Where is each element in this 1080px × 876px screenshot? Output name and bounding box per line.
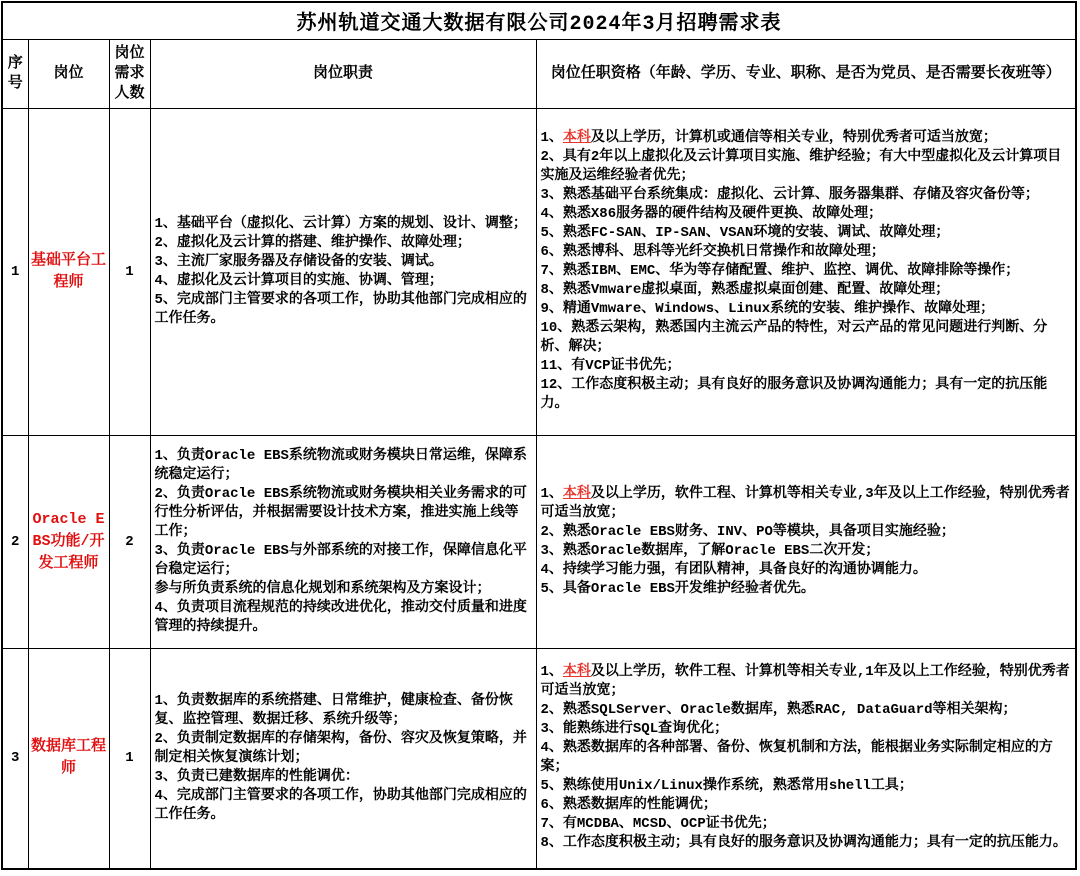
duty-item: 1、基础平台（虚拟化、云计算）方案的规划、设计、调整； xyxy=(155,215,532,234)
qualification-item: 11、有VCP证书优先； xyxy=(541,357,1072,376)
headcount-cell: 2 xyxy=(109,435,150,648)
duty-item: 5、完成部门主管要求的各项工作，协助其他部门完成相应的工作任务。 xyxy=(155,291,532,329)
duties-cell: 1、负责Oracle EBS系统物流或财务模块日常运维，保障系统稳定运行； 2、… xyxy=(150,435,536,648)
qualification-item: 5、熟练使用Unix/Linux操作系统，熟悉常用shell工具； xyxy=(541,777,1072,796)
duty-item: 4、完成部门主管要求的各项工作，协助其他部门完成相应的工作任务。 xyxy=(155,787,532,825)
table-row: 1 基础平台工程师 1 1、基础平台（虚拟化、云计算）方案的规划、设计、调整； … xyxy=(2,108,1076,435)
duty-item: 3、负责Oracle EBS与外部系统的对接工作，保障信息化平台稳定运行； xyxy=(155,542,532,580)
qualification-item: 8、熟悉Vmware虚拟桌面，熟悉虚拟桌面创建、配置、故障处理； xyxy=(541,281,1072,300)
qualification-item: 4、持续学习能力强，有团队精神，具备良好的沟通协调能力。 xyxy=(541,561,1072,580)
qualification-item: 9、精通Vmware、Windows、Linux系统的安装、维护操作、故障处理； xyxy=(541,300,1072,319)
qualification-item: 5、熟悉FC-SAN、IP-SAN、VSAN环境的安装、调试、故障处理； xyxy=(541,224,1072,243)
qualification-item: 6、熟悉博科、思科等光纤交换机日常操作和故障处理； xyxy=(541,243,1072,262)
qualification-item: 3、熟悉基础平台系统集成：虚拟化、云计算、服务器集群、存储及容灾备份等； xyxy=(541,186,1072,205)
duties-cell: 1、负责数据库的系统搭建、日常维护，健康检查、备份恢复、监控管理、数据迁移、系统… xyxy=(150,648,536,869)
col-header-position: 岗位 xyxy=(28,39,109,108)
qualification-item: 4、熟悉X86服务器的硬件结构及硬件更换、故障处理； xyxy=(541,205,1072,224)
row-number-cell: 1 xyxy=(2,108,28,435)
headcount-cell: 1 xyxy=(109,648,150,869)
qualification-item: 8、工作态度积极主动；具有良好的服务意识及协调沟通能力；具有一定的抗压能力。 xyxy=(541,834,1072,853)
duty-item: 1、负责Oracle EBS系统物流或财务模块日常运维，保障系统稳定运行； xyxy=(155,447,532,485)
col-header-no: 序号 xyxy=(2,39,28,108)
qualification-item: 2、熟悉Oracle EBS财务、INV、PO等模块，具备项目实施经验； xyxy=(541,523,1072,542)
duty-item: 3、负责已建数据库的性能调优： xyxy=(155,768,532,787)
duties-cell: 1、基础平台（虚拟化、云计算）方案的规划、设计、调整； 2、虚拟化及云计算的搭建… xyxy=(150,108,536,435)
qualifications-cell: 1、本科及以上学历，软件工程、计算机等相关专业,1年及以上工作经验，特别优秀者可… xyxy=(536,648,1076,869)
duty-item: 2、负责Oracle EBS系统物流或财务模块相关业务需求的可行性分析评估，并根… xyxy=(155,485,532,542)
position-cell: 基础平台工程师 xyxy=(28,108,109,435)
duty-item: 1、负责数据库的系统搭建、日常维护，健康检查、备份恢复、监控管理、数据迁移、系统… xyxy=(155,692,532,730)
header-row: 序号 岗位 岗位需求人数 岗位职责 岗位任职资格（年龄、学历、专业、职称、是否为… xyxy=(2,39,1076,108)
benke-link[interactable]: 本科 xyxy=(563,130,591,146)
benke-link[interactable]: 本科 xyxy=(563,486,591,502)
qual-prefix: 1、 xyxy=(541,486,563,502)
duty-item: 4、虚拟化及云计算项目的实施、协调、管理； xyxy=(155,272,532,291)
qualification-item: 1、本科及以上学历，计算机或通信等相关专业，特别优秀者可适当放宽； xyxy=(541,129,1072,148)
qualification-item: 2、具有2年以上虚拟化及云计算项目实施、维护经验；有大中型虚拟化及云计算项目实施… xyxy=(541,148,1072,186)
duty-item: 2、负责制定数据库的存储架构，备份、容灾及恢复策略，并制定相关恢复演练计划； xyxy=(155,730,532,768)
qualification-item: 7、熟悉IBM、EMC、华为等存储配置、维护、监控、调优、故障排除等操作； xyxy=(541,262,1072,281)
benke-link[interactable]: 本科 xyxy=(563,664,591,680)
recruitment-table: 苏州轨道交通大数据有限公司2024年3月招聘需求表 序号 岗位 岗位需求人数 岗… xyxy=(1,1,1077,870)
qualification-item: 4、熟悉数据库的各种部署、备份、恢复机制和方法，能根据业务实际制定相应的方案； xyxy=(541,739,1072,777)
qualification-item: 3、能熟练进行SQL查询优化； xyxy=(541,720,1072,739)
position-cell: 数据库工程师 xyxy=(28,648,109,869)
duty-item: 3、主流厂家服务器及存储设备的安装、调试。 xyxy=(155,253,532,272)
duty-item: 2、虚拟化及云计算的搭建、维护操作、故障处理； xyxy=(155,234,532,253)
table-row: 3 数据库工程师 1 1、负责数据库的系统搭建、日常维护，健康检查、备份恢复、监… xyxy=(2,648,1076,869)
qual-text: 及以上学历，计算机或通信等相关专业，特别优秀者可适当放宽； xyxy=(591,130,997,146)
col-header-headcount: 岗位需求人数 xyxy=(109,39,150,108)
qualification-item: 1、本科及以上学历，软件工程、计算机等相关专业,1年及以上工作经验，特别优秀者可… xyxy=(541,663,1072,701)
row-number-cell: 3 xyxy=(2,648,28,869)
qualification-item: 12、工作态度积极主动；具有良好的服务意识及协调沟通能力；具有一定的抗压能力。 xyxy=(541,376,1072,414)
qual-prefix: 1、 xyxy=(541,664,563,680)
duty-item: 4、负责项目流程规范的持续改进优化，推动交付质量和进度管理的持续提升。 xyxy=(155,599,532,637)
table-row: 2 Oracle EBS功能/开发工程师 2 1、负责Oracle EBS系统物… xyxy=(2,435,1076,648)
row-number-cell: 2 xyxy=(2,435,28,648)
qual-text: 及以上学历，软件工程、计算机等相关专业,1年及以上工作经验，特别优秀者可适当放宽… xyxy=(541,664,1070,699)
headcount-cell: 1 xyxy=(109,108,150,435)
duty-item: 参与所负责系统的信息化规划和系统架构及方案设计； xyxy=(155,580,532,599)
qualification-item: 2、熟悉SQLServer、Oracle数据库，熟悉RAC, DataGuard… xyxy=(541,701,1072,720)
qualification-item: 6、熟悉数据库的性能调优； xyxy=(541,796,1072,815)
position-cell: Oracle EBS功能/开发工程师 xyxy=(28,435,109,648)
qual-text: 及以上学历，软件工程、计算机等相关专业,3年及以上工作经验，特别优秀者可适当放宽… xyxy=(541,486,1070,521)
title-row: 苏州轨道交通大数据有限公司2024年3月招聘需求表 xyxy=(2,2,1076,39)
qualification-item: 3、熟悉Oracle数据库，了解Oracle EBS二次开发； xyxy=(541,542,1072,561)
qualifications-cell: 1、本科及以上学历，计算机或通信等相关专业，特别优秀者可适当放宽； 2、具有2年… xyxy=(536,108,1076,435)
recruitment-sheet: 苏州轨道交通大数据有限公司2024年3月招聘需求表 序号 岗位 岗位需求人数 岗… xyxy=(0,1,1080,876)
qualifications-cell: 1、本科及以上学历，软件工程、计算机等相关专业,3年及以上工作经验，特别优秀者可… xyxy=(536,435,1076,648)
qualification-item: 1、本科及以上学历，软件工程、计算机等相关专业,3年及以上工作经验，特别优秀者可… xyxy=(541,485,1072,523)
qual-prefix: 1、 xyxy=(541,130,563,146)
qualification-item: 10、熟悉云架构，熟悉国内主流云产品的特性，对云产品的常见问题进行判断、分析、解… xyxy=(541,319,1072,357)
table-title: 苏州轨道交通大数据有限公司2024年3月招聘需求表 xyxy=(2,2,1076,39)
col-header-qualifications: 岗位任职资格（年龄、学历、专业、职称、是否为党员、是否需要长夜班等） xyxy=(536,39,1076,108)
qualification-item: 7、有MCDBA、MCSD、OCP证书优先； xyxy=(541,815,1072,834)
col-header-duties: 岗位职责 xyxy=(150,39,536,108)
qualification-item: 5、具备Oracle EBS开发维护经验者优先。 xyxy=(541,580,1072,599)
